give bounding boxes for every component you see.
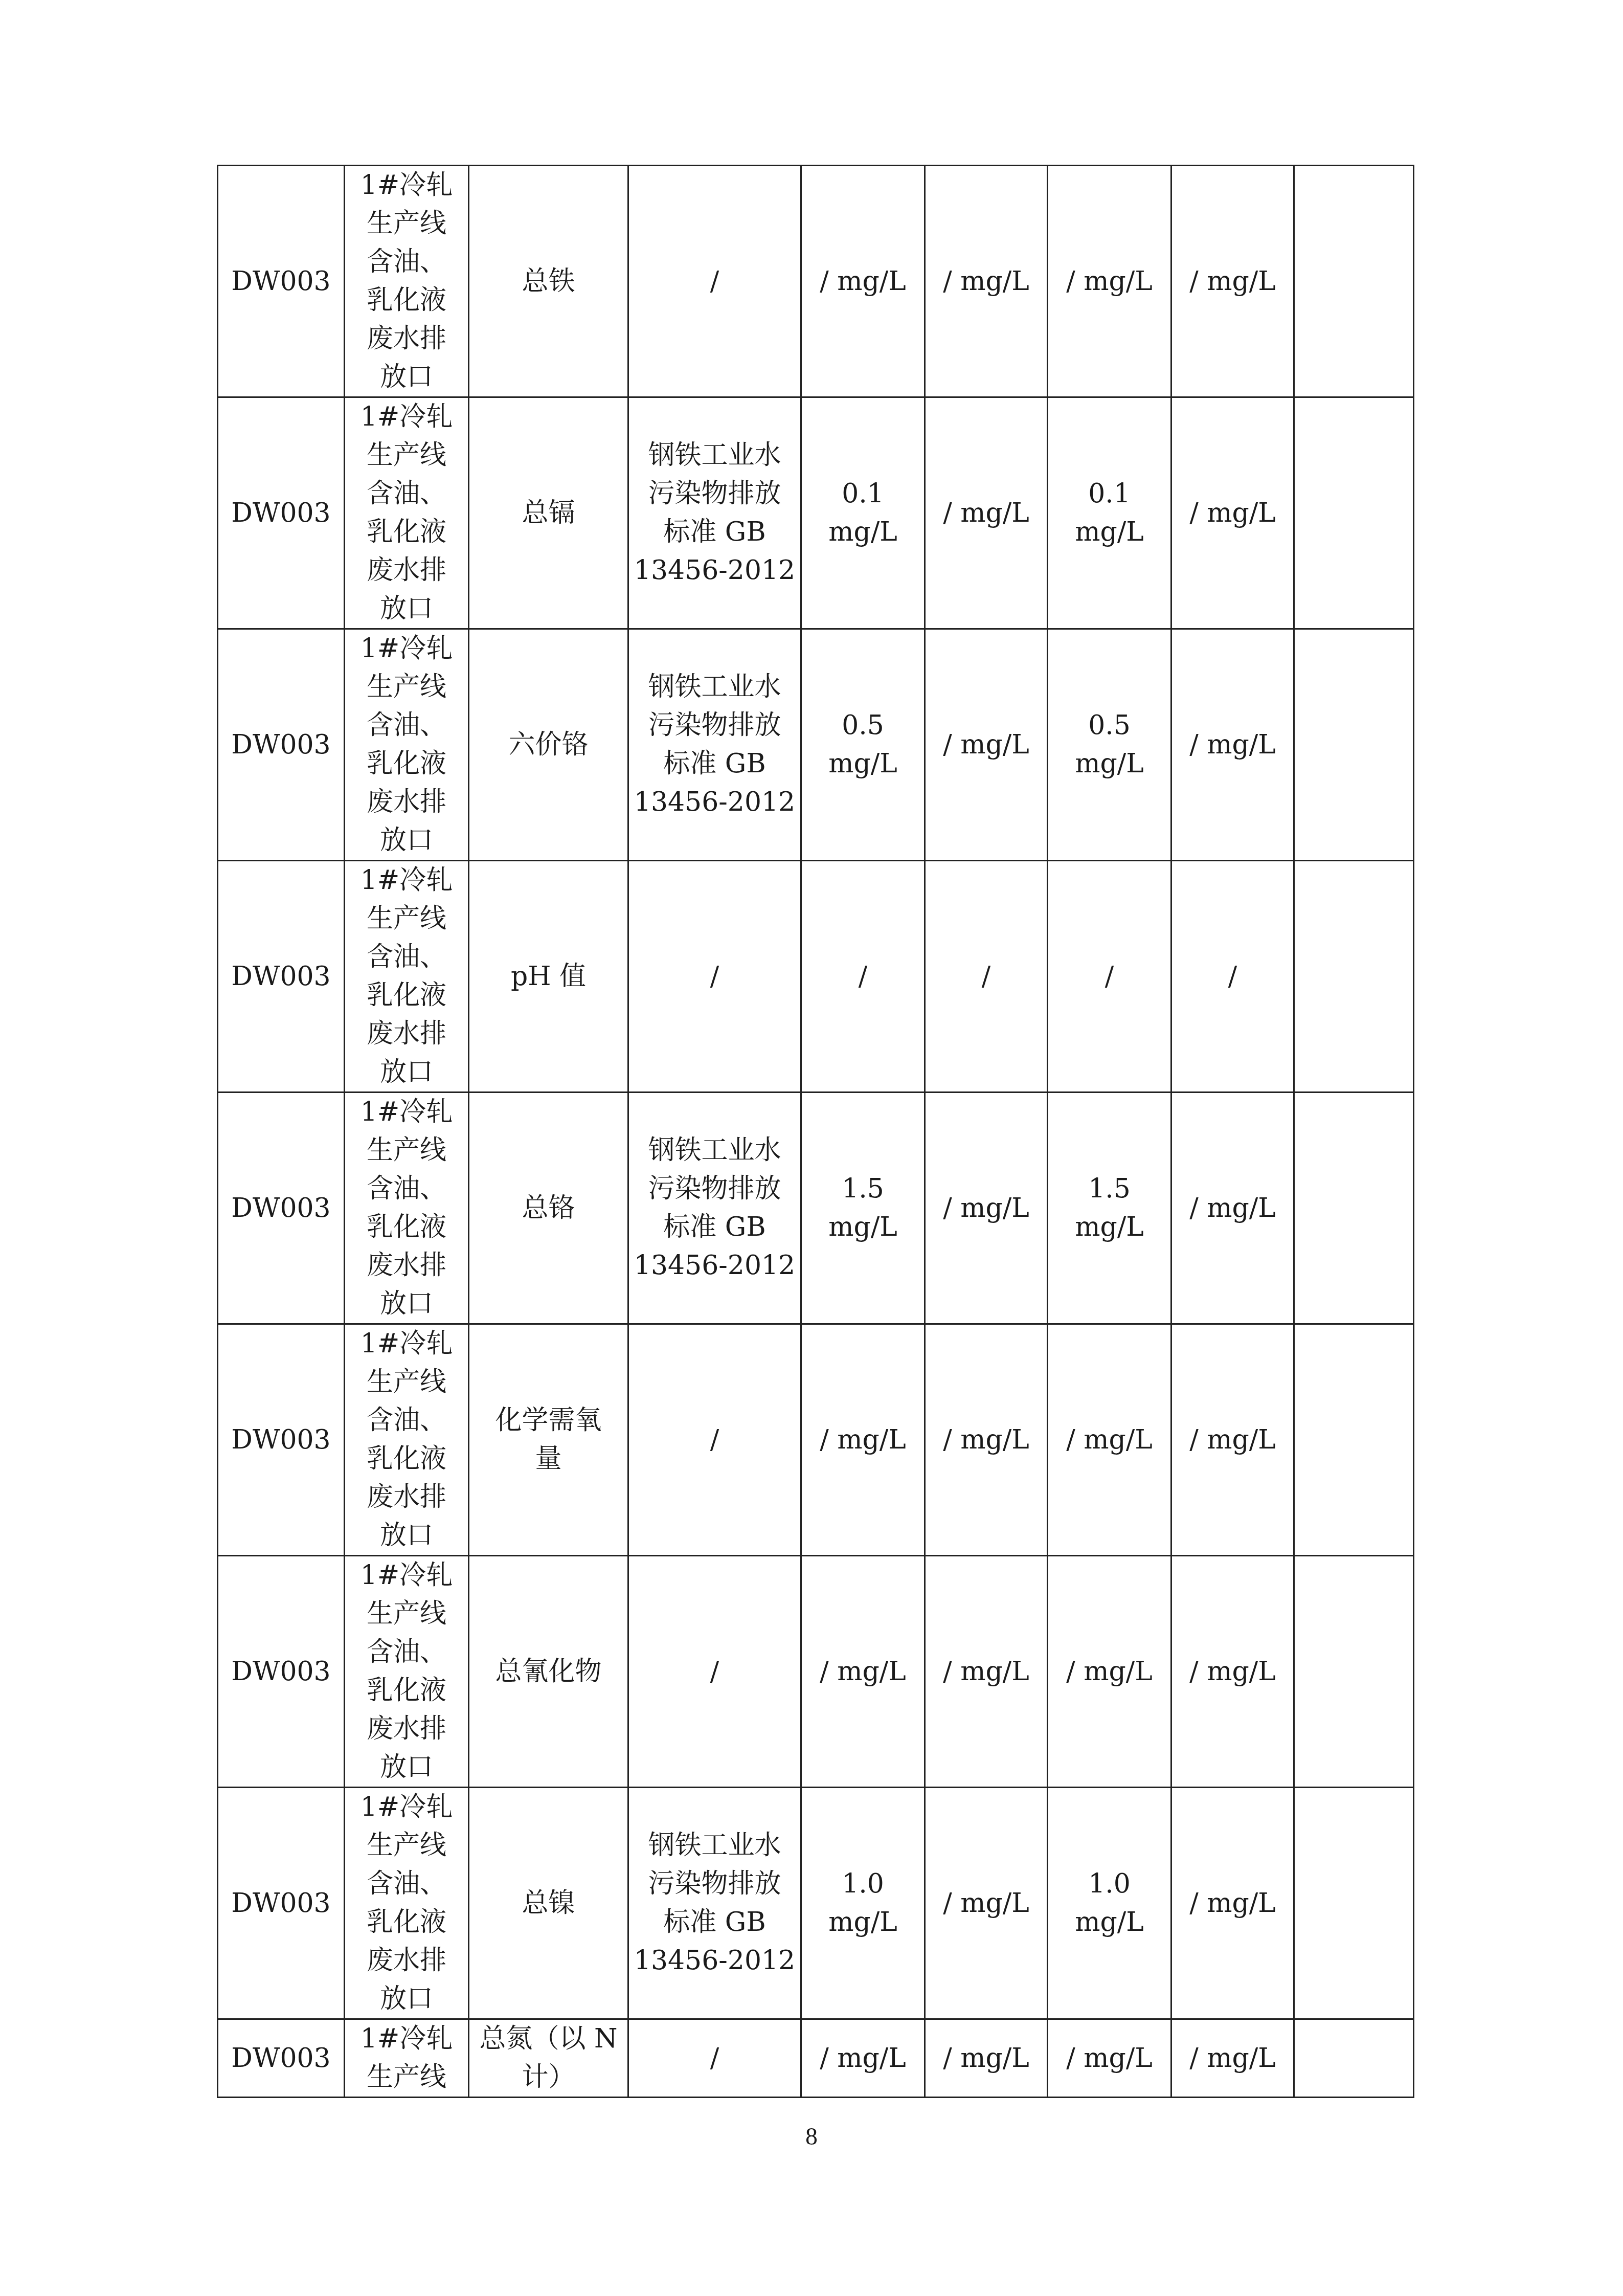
limit-cell-1: 1.5 mg/L (801, 1093, 925, 1324)
table-body: DW0031#冷轧 生产线 含油、 乳化液 废水排 放口总铁// mg/L/ m… (218, 166, 1414, 2098)
limit-cell-4: / mg/L (1171, 629, 1294, 861)
table-row: DW0031#冷轧 生产线 含油、 乳化液 废水排 放口总镍钢铁工业水 污染物排… (218, 1788, 1414, 2019)
table-row: DW0031#冷轧 生产线 含油、 乳化液 废水排 放口总氰化物// mg/L/… (218, 1556, 1414, 1788)
standard-cell: 钢铁工业水 污染物排放 标准 GB 13456-2012 (628, 397, 801, 629)
note-cell (1294, 1788, 1414, 2019)
limit-cell-2: / mg/L (925, 629, 1048, 861)
outlet-name-cell: 1#冷轧 生产线 含油、 乳化液 废水排 放口 (345, 1093, 469, 1324)
outlet-id-cell: DW003 (218, 166, 345, 397)
outlet-name-cell: 1#冷轧 生产线 含油、 乳化液 废水排 放口 (345, 1556, 469, 1788)
limit-cell-3: 1.0 mg/L (1048, 1788, 1171, 2019)
limit-cell-2: / mg/L (925, 2019, 1048, 2098)
standard-cell: 钢铁工业水 污染物排放 标准 GB 13456-2012 (628, 1093, 801, 1324)
limit-cell-3: / mg/L (1048, 1324, 1171, 1556)
outlet-id-cell: DW003 (218, 629, 345, 861)
note-cell (1294, 1324, 1414, 1556)
limit-cell-2: / mg/L (925, 1324, 1048, 1556)
limit-cell-1: / (801, 861, 925, 1093)
limit-cell-1: / mg/L (801, 1556, 925, 1788)
outlet-name-cell: 1#冷轧 生产线 (345, 2019, 469, 2098)
limit-cell-4: / mg/L (1171, 1788, 1294, 2019)
standard-cell: 钢铁工业水 污染物排放 标准 GB 13456-2012 (628, 1788, 801, 2019)
limit-cell-2: / mg/L (925, 1788, 1048, 2019)
limit-cell-2: / mg/L (925, 166, 1048, 397)
limit-cell-4: / mg/L (1171, 2019, 1294, 2098)
pollutant-cell: 六价铬 (469, 629, 628, 861)
outlet-id-cell: DW003 (218, 2019, 345, 2098)
standard-cell: / (628, 861, 801, 1093)
discharge-limits-table: DW0031#冷轧 生产线 含油、 乳化液 废水排 放口总铁// mg/L/ m… (217, 165, 1414, 2098)
limit-cell-4: / mg/L (1171, 1093, 1294, 1324)
outlet-name-cell: 1#冷轧 生产线 含油、 乳化液 废水排 放口 (345, 397, 469, 629)
limit-cell-3: / mg/L (1048, 2019, 1171, 2098)
table-row: DW0031#冷轧 生产线总氮（以 N 计）// mg/L/ mg/L/ mg/… (218, 2019, 1414, 2098)
note-cell (1294, 1093, 1414, 1324)
limit-cell-1: 0.5 mg/L (801, 629, 925, 861)
limit-cell-1: / mg/L (801, 166, 925, 397)
outlet-id-cell: DW003 (218, 1556, 345, 1788)
page-number: 8 (0, 2123, 1623, 2151)
standard-cell: / (628, 2019, 801, 2098)
limit-cell-1: / mg/L (801, 1324, 925, 1556)
outlet-name-cell: 1#冷轧 生产线 含油、 乳化液 废水排 放口 (345, 1788, 469, 2019)
standard-cell: / (628, 1556, 801, 1788)
limit-cell-2: / (925, 861, 1048, 1093)
pollutant-cell: 总氮（以 N 计） (469, 2019, 628, 2098)
limit-cell-4: / mg/L (1171, 1556, 1294, 1788)
outlet-name-cell: 1#冷轧 生产线 含油、 乳化液 废水排 放口 (345, 861, 469, 1093)
limit-cell-1: 0.1 mg/L (801, 397, 925, 629)
note-cell (1294, 861, 1414, 1093)
limit-cell-2: / mg/L (925, 1093, 1048, 1324)
note-cell (1294, 629, 1414, 861)
limit-cell-3: 0.1 mg/L (1048, 397, 1171, 629)
table-row: DW0031#冷轧 生产线 含油、 乳化液 废水排 放口总铁// mg/L/ m… (218, 166, 1414, 397)
pollutant-cell: 总铬 (469, 1093, 628, 1324)
limit-cell-3: 0.5 mg/L (1048, 629, 1171, 861)
limit-cell-2: / mg/L (925, 1556, 1048, 1788)
table-row: DW0031#冷轧 生产线 含油、 乳化液 废水排 放口化学需氧 量// mg/… (218, 1324, 1414, 1556)
limit-cell-2: / mg/L (925, 397, 1048, 629)
table-row: DW0031#冷轧 生产线 含油、 乳化液 废水排 放口总铬钢铁工业水 污染物排… (218, 1093, 1414, 1324)
standard-cell: / (628, 166, 801, 397)
note-cell (1294, 1556, 1414, 1788)
standard-cell: / (628, 1324, 801, 1556)
outlet-id-cell: DW003 (218, 1093, 345, 1324)
outlet-id-cell: DW003 (218, 1788, 345, 2019)
limit-cell-4: / mg/L (1171, 166, 1294, 397)
outlet-name-cell: 1#冷轧 生产线 含油、 乳化液 废水排 放口 (345, 629, 469, 861)
pollutant-cell: 总氰化物 (469, 1556, 628, 1788)
limit-cell-1: / mg/L (801, 2019, 925, 2098)
pollutant-cell: pH 值 (469, 861, 628, 1093)
outlet-id-cell: DW003 (218, 861, 345, 1093)
pollutant-cell: 总镍 (469, 1788, 628, 2019)
limit-cell-1: 1.0 mg/L (801, 1788, 925, 2019)
limit-cell-4: / (1171, 861, 1294, 1093)
pollutant-cell: 总镉 (469, 397, 628, 629)
table-row: DW0031#冷轧 生产线 含油、 乳化液 废水排 放口pH 值///// (218, 861, 1414, 1093)
outlet-name-cell: 1#冷轧 生产线 含油、 乳化液 废水排 放口 (345, 1324, 469, 1556)
note-cell (1294, 2019, 1414, 2098)
outlet-id-cell: DW003 (218, 1324, 345, 1556)
limit-cell-4: / mg/L (1171, 1324, 1294, 1556)
limit-cell-3: / mg/L (1048, 1556, 1171, 1788)
standard-cell: 钢铁工业水 污染物排放 标准 GB 13456-2012 (628, 629, 801, 861)
limit-cell-4: / mg/L (1171, 397, 1294, 629)
outlet-id-cell: DW003 (218, 397, 345, 629)
pollutant-cell: 化学需氧 量 (469, 1324, 628, 1556)
table-row: DW0031#冷轧 生产线 含油、 乳化液 废水排 放口六价铬钢铁工业水 污染物… (218, 629, 1414, 861)
limit-cell-3: / mg/L (1048, 166, 1171, 397)
document-page: DW0031#冷轧 生产线 含油、 乳化液 废水排 放口总铁// mg/L/ m… (0, 0, 1623, 2296)
note-cell (1294, 397, 1414, 629)
outlet-name-cell: 1#冷轧 生产线 含油、 乳化液 废水排 放口 (345, 166, 469, 397)
note-cell (1294, 166, 1414, 397)
table-row: DW0031#冷轧 生产线 含油、 乳化液 废水排 放口总镉钢铁工业水 污染物排… (218, 397, 1414, 629)
limit-cell-3: 1.5 mg/L (1048, 1093, 1171, 1324)
pollutant-cell: 总铁 (469, 166, 628, 397)
limit-cell-3: / (1048, 861, 1171, 1093)
